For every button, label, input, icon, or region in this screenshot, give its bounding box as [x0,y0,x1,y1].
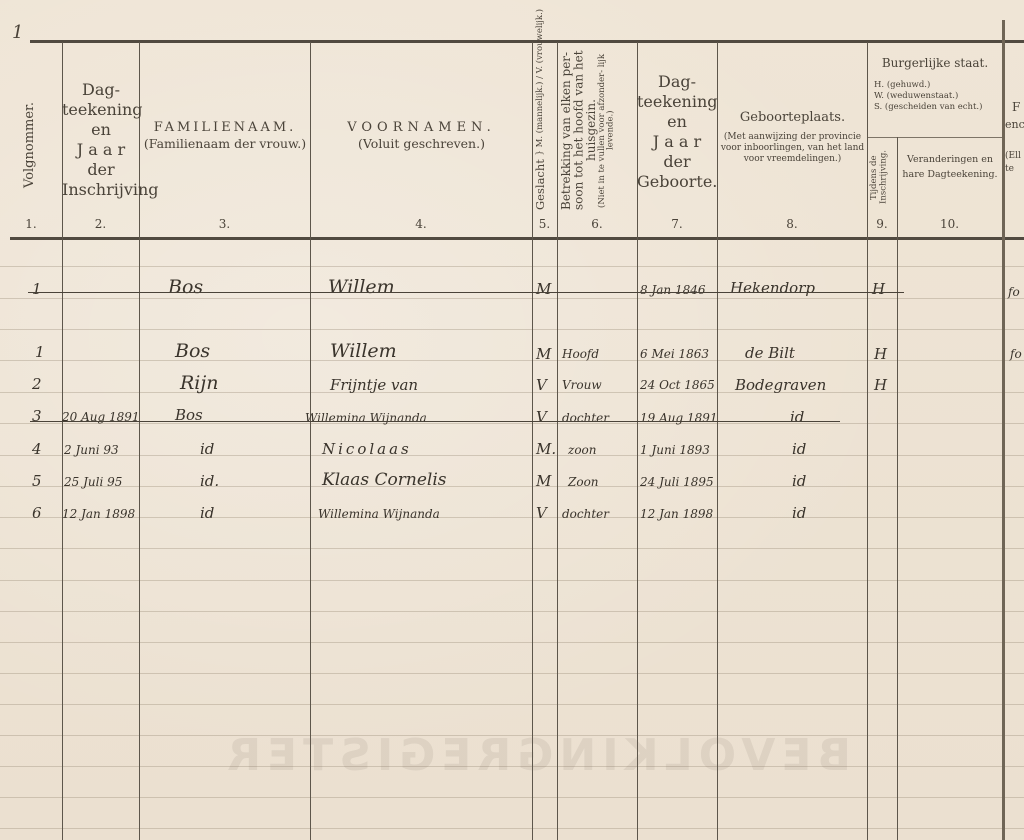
row-geboorteplaats: id [792,472,806,490]
header-options: M. (mannelijk.) / V. (vrouwelijk.) [535,9,545,147]
ruled-line [0,580,1024,581]
column-number: 8. [717,217,867,231]
header-familienaam: FAMILIENAAM. (Familienaam der vrouw.) [140,120,310,152]
row-familienaam: id [200,440,214,458]
row-familienaam: Rijn [180,372,219,394]
column-divider [867,42,868,840]
row-voornamen: Nicolaas [322,440,412,458]
strike-through-line [30,421,840,422]
row-nr: 1 [32,280,42,298]
column-number: 2. [62,217,139,231]
header-subtitle: (Familienaam der vrouw.) [140,136,310,152]
row-geboorte: 12 Jan 1898 [640,507,713,521]
header-line: en [637,112,717,132]
header-note: (Ell [1005,150,1024,163]
header-bottom-rule [10,237,1024,240]
row-geboorte: 1 Juni 1893 [640,443,710,457]
legend-item: S. (gescheiden van echt.) [874,102,1002,113]
row-geboorte: 24 Oct 1865 [640,378,715,392]
header-tijdens-inschrijving: Tijdens de Inschrijving. [870,145,896,210]
row-geboorteplaats: id [790,408,804,426]
legend-item: W. (weduwenstaat.) [874,91,1002,102]
ruled-line [0,797,1024,798]
header-line: der [637,152,717,172]
row-nr: 1 [35,343,45,361]
header-line: teekening [62,100,140,120]
row-betrekking: Zoon [568,475,599,489]
row-geslacht: V [536,408,547,426]
header-title: Betrekking van elken per- soon tot het h… [559,51,598,211]
ruled-line [0,329,1024,330]
header-geslacht: Geslacht } M. (mannelijk.) / V. (vrouwel… [534,50,547,210]
row-voornamen: Frijntje van [330,376,418,394]
row-geboorteplaats: de Bilt [745,344,795,362]
row-geboorte: 8 Jan 1846 [640,283,706,297]
row-betrekking: dochter [562,411,609,425]
column-divider [557,42,558,840]
row-nr: 2 [32,375,42,393]
row-geslacht: M [536,472,551,490]
row-geslacht: V [536,376,547,394]
ruled-line [0,642,1024,643]
margin-note: fo [1010,347,1022,361]
header-subtitle: (Voluit geschreven.) [311,136,532,152]
legend-item: H. (gehuwd.) [874,80,1002,91]
column-divider [897,137,898,840]
header-title: VOORNAMEN. [311,120,532,136]
header-line: en [62,120,140,140]
header-line: Dag- [637,72,717,92]
column-number: 10. [897,217,1002,231]
ruled-line [0,423,1024,424]
header-line: Dag- [62,80,140,100]
header-dagteekening-geboorte: Dag- teekening en J a a r der Geboorte. [637,72,717,192]
header-line: der [62,160,140,180]
header-title: Geboorteplaats. [718,110,867,126]
row-geboorteplaats: id [792,504,806,522]
row-geboorteplaats: id [792,440,806,458]
row-geboorte: 6 Mei 1863 [640,347,709,361]
column-number: 6. [557,217,637,231]
header-line: J a a r [62,140,140,160]
header-line: teekening [637,92,717,112]
header-title: Burgerlijke staat. [868,56,1002,71]
row-staat: H [874,376,887,394]
row-geslacht: M [536,345,551,363]
header-dagteekening-inschrijving: Dag- teekening en J a a r der Inschrijvi… [62,80,140,200]
ruled-line [0,548,1024,549]
header-top-rule [30,40,1024,43]
row-voornamen: Klaas Cornelis [322,470,447,490]
row-familienaam: id. [200,472,219,490]
column-number: 1. [0,217,62,231]
row-betrekking: dochter [562,507,609,521]
page-edge-divider [1002,20,1005,840]
row-date-inschrijving: 12 Jan 1898 [62,507,135,521]
column-number: 3. [139,217,310,231]
bleed-through-text: BEVOLKINGREGISTER [226,730,851,781]
header-line: J a a r [637,132,717,152]
burgerlijke-staat-legend: H. (gehuwd.) W. (weduwenstaat.) S. (gesc… [874,80,1002,113]
ruled-line [0,266,1024,267]
column-divider [310,42,311,840]
header-voornamen: VOORNAMEN. (Voluit geschreven.) [311,120,532,152]
row-geslacht: V [536,504,547,522]
header-geboorteplaats: Geboorteplaats. (Met aanwijzing der prov… [718,110,867,165]
header-partial-col11: F [1012,100,1024,114]
ruled-line [0,517,1024,518]
row-betrekking: zoon [568,443,597,457]
row-voornamen: Willemina Wijnanda [318,507,440,521]
margin-note: fo [1008,285,1020,299]
header-note: (Niet in te vullen voor afzonder- lijk l… [598,48,616,213]
ruled-line [0,611,1024,612]
ruled-line [0,392,1024,393]
column-number: 4. [310,217,532,231]
ruled-line [0,673,1024,674]
row-familienaam: id [200,504,214,522]
row-geboorte: 24 Juli 1895 [640,475,714,489]
header-line: Inschrijving [62,180,140,200]
page-number: 1 [12,22,23,43]
row-geslacht: M. [536,440,556,458]
ruled-line [0,298,1024,299]
header-burgerlijke-staat: Burgerlijke staat. [868,56,1002,71]
row-nr: 6 [32,504,42,522]
row-geboorte: 19 Aug 1891 [640,411,718,425]
ruled-line [0,486,1024,487]
ruled-line [0,455,1024,456]
header-volgnommer: Volgnommer. [22,80,37,210]
header-title: FAMILIENAAM. [140,120,310,136]
row-geboorteplaats: Hekendorp [730,279,815,297]
row-nr: 5 [32,472,42,490]
row-staat: H [874,345,887,363]
row-nr: 4 [32,440,42,458]
row-nr: 3 [32,407,42,425]
column-number: 5. [532,217,557,231]
row-geboorteplaats: Bodegraven [735,376,826,394]
header-title: F [1012,100,1024,114]
header-partial-col11-line2: enc [1005,118,1024,132]
row-voornamen: Willemina Wijnanda [305,411,427,425]
header-betrekking: Betrekking van elken per- soon tot het h… [560,48,634,213]
row-staat: H [872,280,885,298]
header-line: Geboorte. [637,172,717,192]
row-voornamen: Willem [328,276,395,298]
ruled-line [0,828,1024,829]
row-voornamen: Willem [330,340,397,362]
column-number: 7. [637,217,717,231]
row-date-inschrijving: 2 Juni 93 [64,443,119,457]
header-note: te [1005,163,1024,176]
row-geslacht: M [536,280,551,298]
header-note: (Met aanwijzing der provincie voor inboo… [718,132,867,164]
header-veranderingen: Veranderingen en hare Dagteekening. [898,152,1002,182]
ruled-line [0,704,1024,705]
column-number: 9. [867,217,897,231]
row-betrekking: Hoofd [562,347,599,361]
header-partial-col11-note: (Ell te [1005,150,1024,175]
row-date-inschrijving: 25 Juli 95 [64,475,122,489]
ruled-line [0,360,1024,361]
strike-through-line [28,292,904,293]
row-familienaam: Bos [168,276,203,298]
row-betrekking: Vrouw [562,378,602,392]
header-title: Geslacht [533,159,547,210]
burgerlijke-staat-divider [868,137,1002,138]
row-familienaam: Bos [175,340,210,362]
